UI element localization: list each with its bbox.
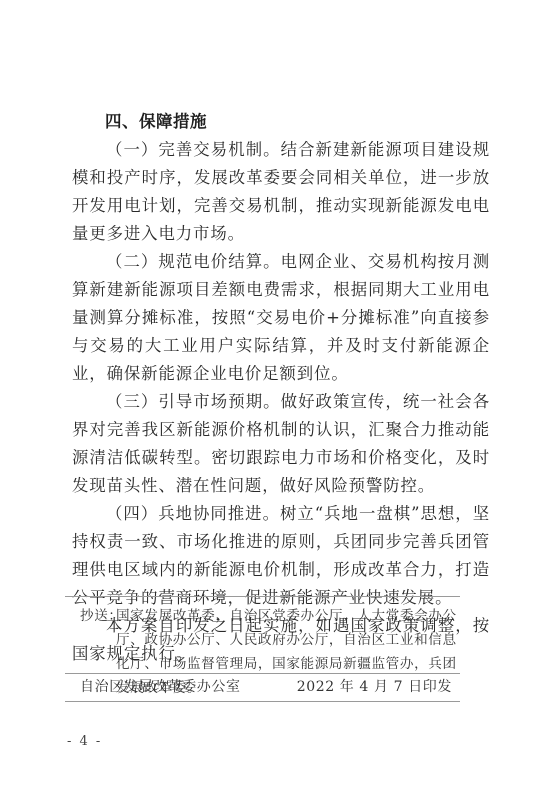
paragraph-lead: （三）引导市场预期。 xyxy=(106,392,281,411)
paragraph-lead: （四）兵地协同推进。 xyxy=(106,504,280,523)
issue-date: 2022 年 4 月 7 日印发 xyxy=(297,677,452,697)
issuer: 自治区发展改革委办公室 xyxy=(80,677,241,697)
divider-middle xyxy=(65,673,460,674)
paragraph-text: 电网企业、交易机构按月测算新建新能源项目差额电费需求，根据同期大工业用电量测算分… xyxy=(72,252,490,383)
paragraph-lead: （一）完善交易机制。 xyxy=(106,140,281,159)
paragraph-trading-mechanism: （一）完善交易机制。结合新建新能源项目建设规模和投产时序，发展改革委要会同相关单… xyxy=(72,136,490,248)
document-body: 四、保障措施 （一）完善交易机制。结合新建新能源项目建设规模和投产时序，发展改革… xyxy=(72,108,490,668)
divider-bottom xyxy=(65,701,460,702)
page-number: - 4 - xyxy=(67,734,102,749)
paragraph-market-expectation: （三）引导市场预期。做好政策宣传，统一社会各界对完善我区新能源价格机制的认识，汇… xyxy=(72,388,490,500)
divider-top xyxy=(65,596,460,597)
cc-label: 抄送： xyxy=(80,604,123,628)
paragraph-price-settlement: （二）规范电价结算。电网企业、交易机构按月测算新建新能源项目差额电费需求，根据同… xyxy=(72,248,490,388)
section-heading: 四、保障措施 xyxy=(72,108,490,136)
document-page: 四、保障措施 （一）完善交易机制。结合新建新能源项目建设规模和投产时序，发展改革… xyxy=(0,0,558,800)
paragraph-lead: （二）规范电价结算。 xyxy=(106,252,281,271)
